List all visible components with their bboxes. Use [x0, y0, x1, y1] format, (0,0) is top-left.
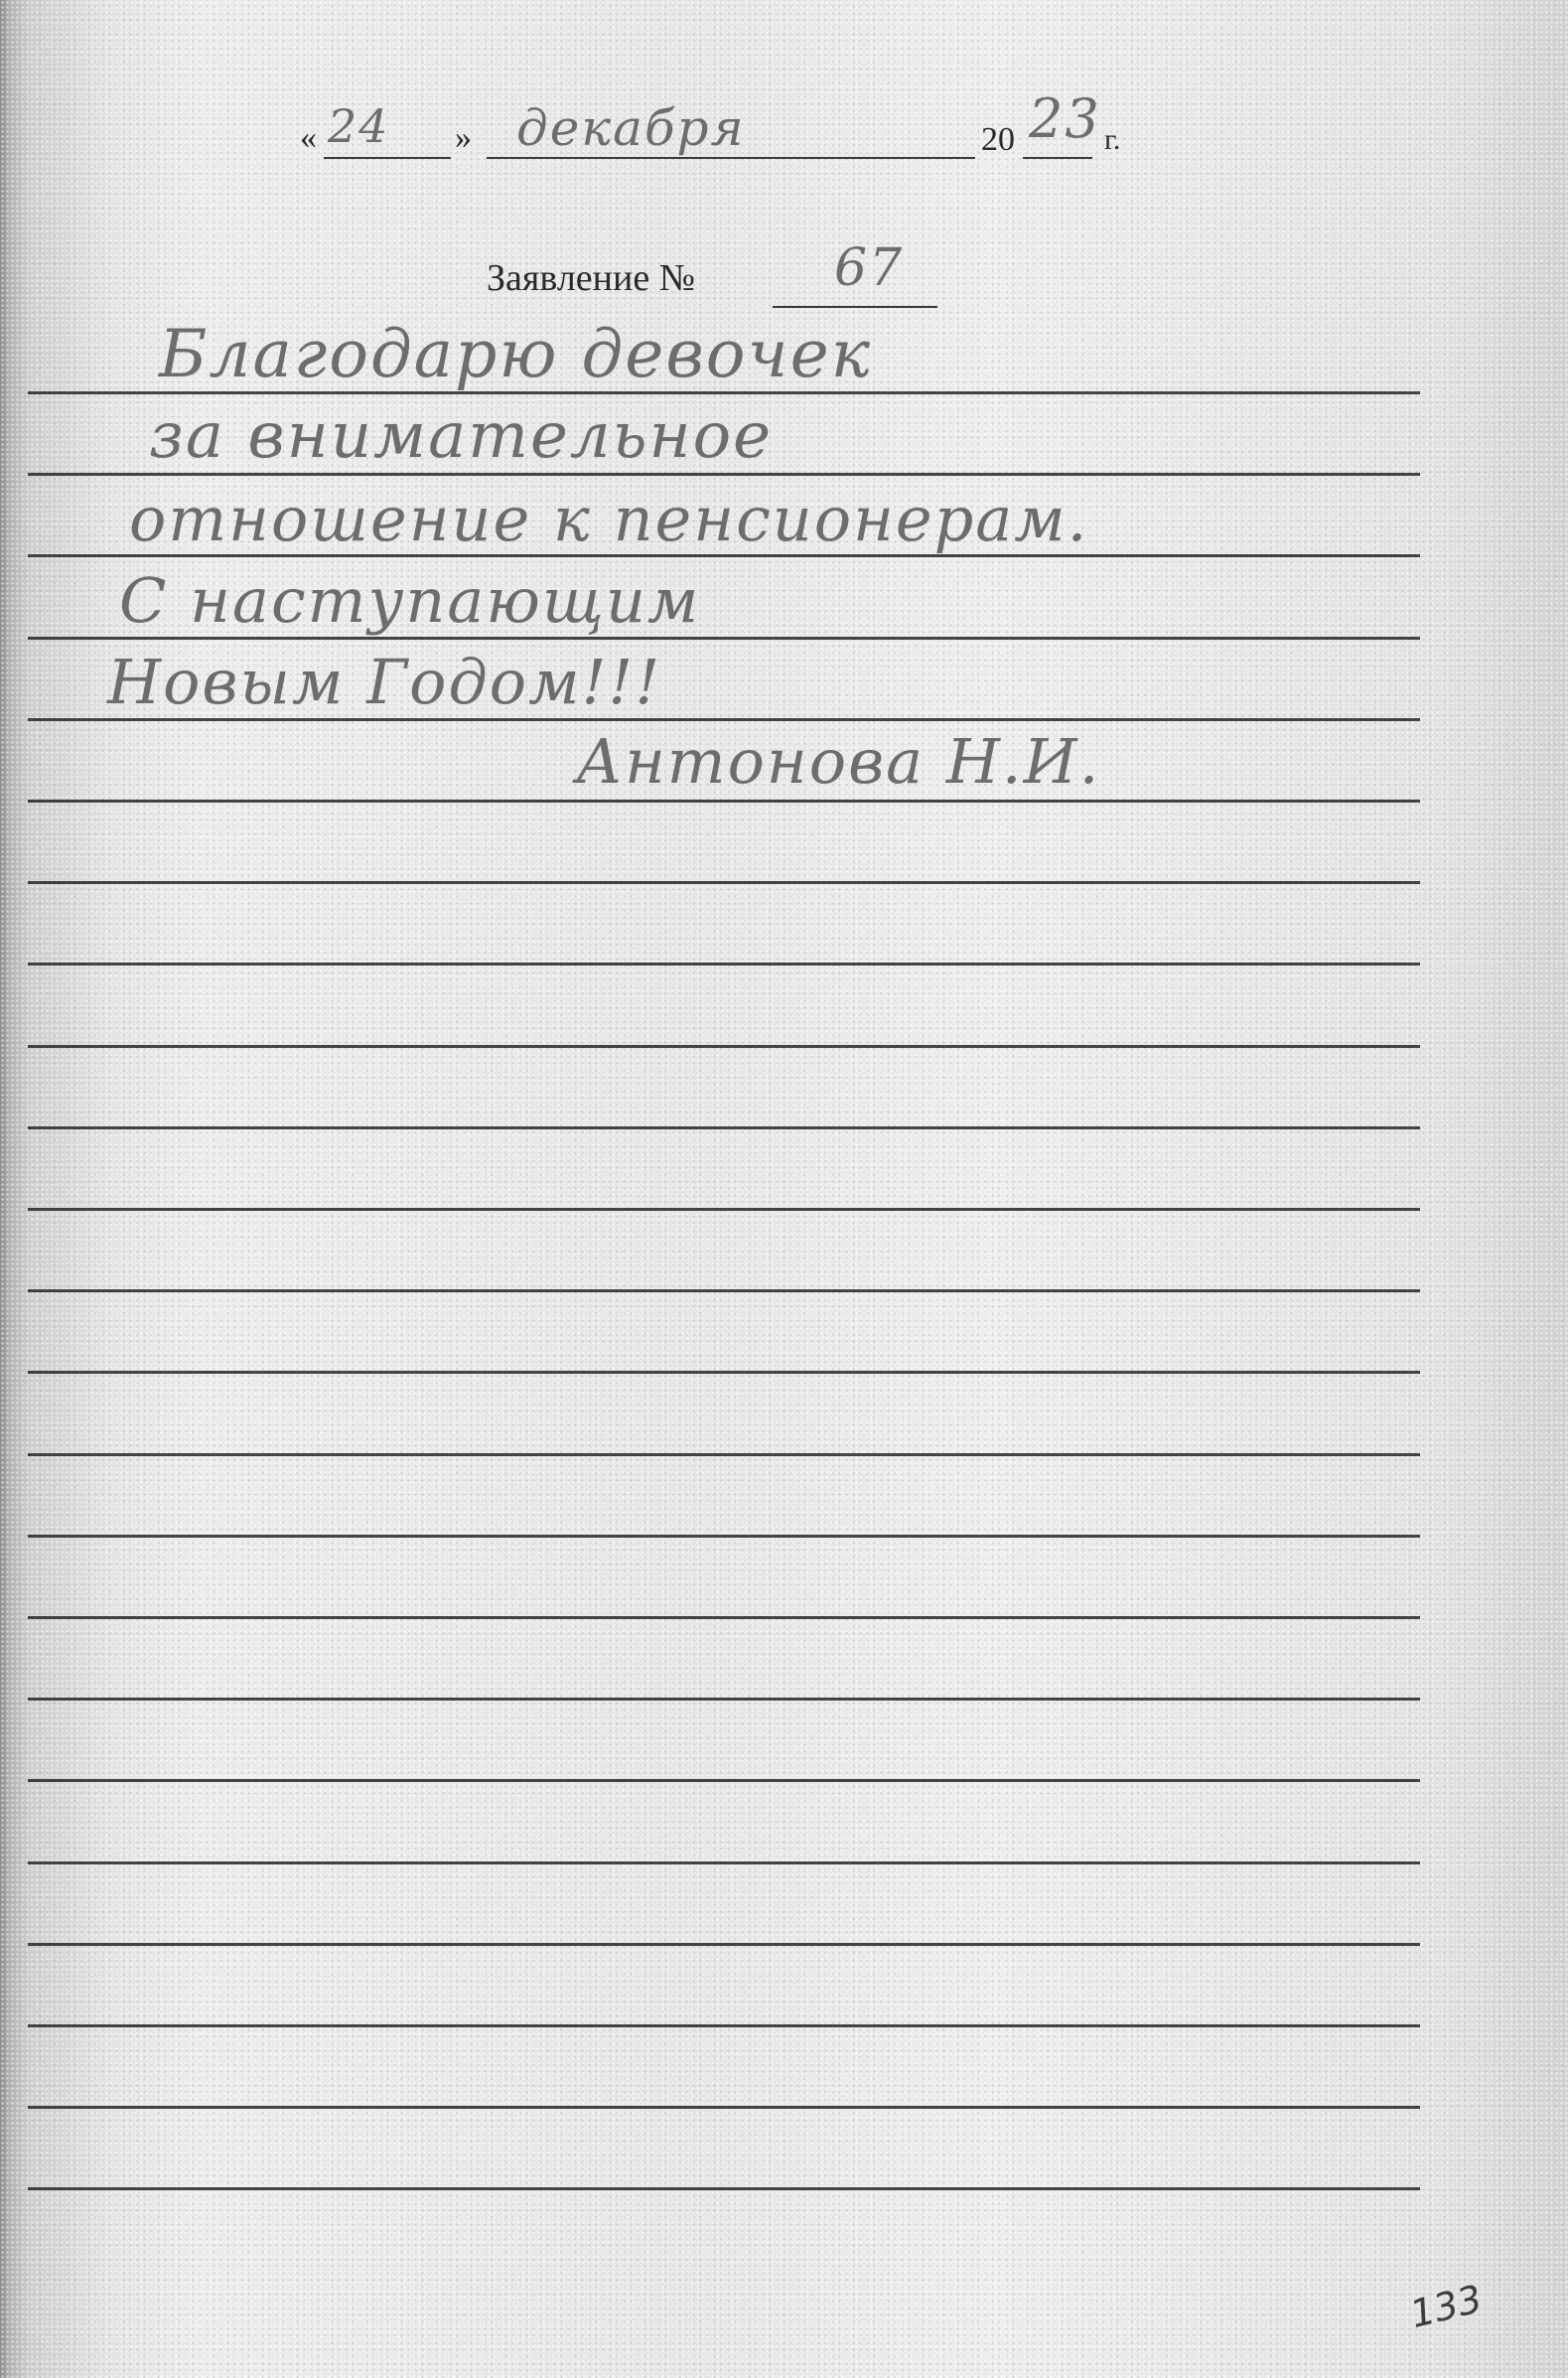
signature: Антонова Н.И. [576, 725, 1100, 798]
ruled-line [28, 1943, 1420, 1946]
document-page: « 24 » декабря 20 23 г. Заявление № 67 Б… [0, 0, 1568, 2378]
ruled-line [28, 800, 1420, 803]
ruled-line [28, 1208, 1420, 1211]
ruled-line [28, 1779, 1420, 1782]
date-month: декабря [516, 99, 746, 157]
date-century: 20 [981, 121, 1015, 159]
ruled-line [28, 1371, 1420, 1374]
ruled-line [28, 1453, 1420, 1456]
ruled-line [28, 1289, 1420, 1292]
body-line-4: С наступающим [119, 564, 700, 637]
date-close-quote: » [455, 119, 472, 157]
document-title: Заявление № [487, 256, 695, 300]
date-day: 24 [328, 99, 390, 153]
ruled-line [28, 881, 1420, 884]
ruled-line [28, 554, 1420, 557]
body-line-1: Благодарю девочек [159, 316, 872, 392]
ruled-line [28, 391, 1420, 394]
ruled-line [28, 1861, 1420, 1864]
ruled-line [28, 1698, 1420, 1701]
ruled-line [28, 2187, 1420, 2190]
date-open-quote: « [300, 119, 317, 157]
page-number: 133 [1406, 2277, 1487, 2336]
date-year: 23 [1029, 87, 1101, 150]
ruled-line [28, 1126, 1420, 1129]
ruled-line [28, 1616, 1420, 1619]
ruled-line [28, 718, 1420, 721]
ruled-line [28, 637, 1420, 640]
body-line-3: отношение к пенсионерам. [129, 483, 1088, 555]
ruled-line [28, 1045, 1420, 1048]
application-number: 67 [834, 238, 904, 298]
ruled-line [28, 2024, 1420, 2027]
date-year-underline [1023, 157, 1092, 159]
ruled-line [28, 963, 1420, 966]
number-underline [773, 306, 937, 308]
date-year-abbrev: г. [1104, 123, 1120, 157]
ruled-line [28, 473, 1420, 476]
date-day-underline [324, 157, 451, 159]
ruled-line [28, 1535, 1420, 1538]
body-line-5: Новым Годом!!! [107, 646, 661, 718]
body-line-2: за внимательное [149, 399, 773, 473]
ruled-line [28, 2106, 1420, 2109]
date-month-underline [487, 157, 975, 159]
